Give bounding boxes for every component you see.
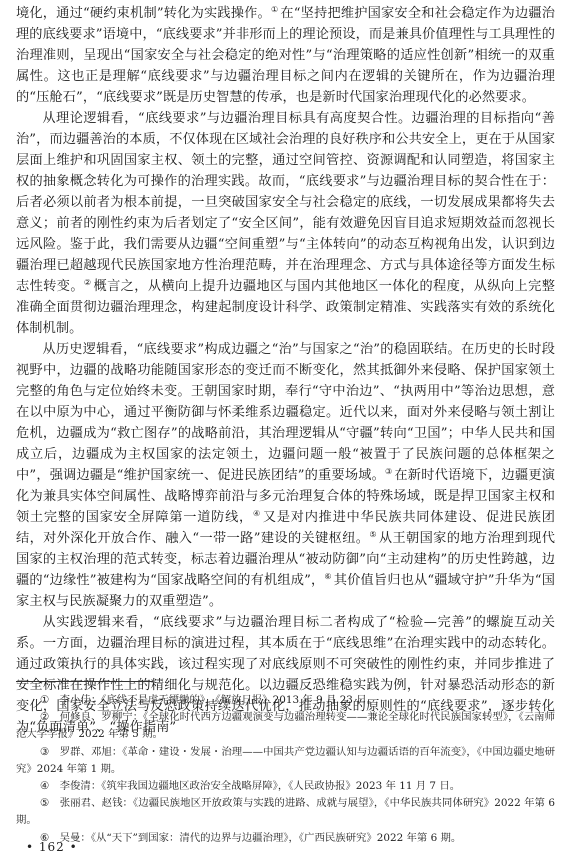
- paragraph-historical-logic: 从历史逻辑看，“底线要求”构成边疆之“治”与国家之“治”的稳固联结。在历史的长时…: [16, 339, 555, 612]
- footnote-3: ③罗群、邓旭：《革命・建设・发展・治理——中国共产党边疆认知与边疆话语的百年流变…: [16, 744, 555, 778]
- footnote-text: 何修良、罗柳宁：《全球化时代西方边疆观演变与边疆治理转变——兼论全球化时代民族国…: [16, 711, 555, 740]
- paragraph-text: 从历史逻辑看，“底线要求”构成边疆之“治”与国家之“治”的稳固联结。在历史的长时…: [16, 342, 555, 483]
- footnote-reference[interactable]: ⑤: [369, 530, 377, 539]
- footnote-mark: ②: [40, 709, 60, 726]
- footnote-mark: ⑤: [40, 795, 60, 812]
- footnote-divider: [16, 681, 153, 682]
- footnote-mark: ①: [40, 692, 60, 709]
- paragraph-text: 概言之，从横向上提升边疆地区与国内其他地区一体化的程度，从纵向上完整准确全面贯彻…: [16, 279, 555, 336]
- footnote-mark: ③: [40, 744, 60, 761]
- paragraph-continuation: 境化，通过“硬约束机制”转化为实践操作。①在“坚持把维护国家安全和社会稳定作为边…: [16, 3, 555, 108]
- footnote-reference[interactable]: ③: [385, 467, 392, 476]
- footnote-6: ⑥吴曼：《从“天下”到国家：清代的边界与边疆治理》，《广西民族研究》2022 年…: [16, 830, 555, 847]
- paragraph-text: 境化，通过“硬约束机制”转化为实践操作。: [16, 6, 271, 21]
- page-number: • 162 •: [26, 840, 78, 854]
- footnote-text: 吴曼：《从“天下”到国家：清代的边界与边疆治理》，《广西民族研究》2022 年第…: [60, 832, 462, 844]
- footnote-mark: ④: [40, 778, 60, 795]
- footnote-5: ⑤张丽君、赵钱：《边疆民族地区开放政策与实践的进路、成就与展望》，《中华民族共同…: [16, 795, 555, 829]
- footnote-text: 李小佳：《底线不是虚无缥缈的》，《解放日报》2013 年 9 月 23 日。: [60, 694, 377, 706]
- footnote-1: ①李小佳：《底线不是虚无缥缈的》，《解放日报》2013 年 9 月 23 日。: [16, 692, 555, 709]
- footnote-text: 罗群、邓旭：《革命・建设・发展・治理——中国共产党边疆认知与边疆话语的百年流变》…: [16, 746, 555, 775]
- footnote-text: 李俊清：《筑牢我国边疆地区政治安全战略屏障》，《人民政协报》2023 年 11 …: [60, 780, 460, 792]
- paragraph-theoretical-logic: 从理论逻辑看，“底线要求”与边疆治理目标具有高度契合性。边疆治理的目标指向“善治…: [16, 108, 555, 339]
- footnote-reference[interactable]: ②: [84, 278, 92, 287]
- footnotes: ①李小佳：《底线不是虚无缥缈的》，《解放日报》2013 年 9 月 23 日。 …: [16, 692, 555, 847]
- paragraph-text: 从理论逻辑看，“底线要求”与边疆治理目标具有高度契合性。边疆治理的目标指向“善治…: [16, 111, 555, 294]
- footnote-text: 张丽君、赵钱：《边疆民族地区开放政策与实践的进路、成就与展望》，《中华民族共同体…: [16, 797, 555, 826]
- footnote-reference[interactable]: ⑥: [324, 572, 331, 581]
- footnote-reference[interactable]: ①: [271, 5, 278, 14]
- footnote-4: ④李俊清：《筑牢我国边疆地区政治安全战略屏障》，《人民政协报》2023 年 11…: [16, 778, 555, 795]
- footnote-reference[interactable]: ④: [253, 509, 261, 518]
- article-body: 境化，通过“硬约束机制”转化为实践操作。①在“坚持把维护国家安全和社会稳定作为边…: [16, 3, 555, 738]
- footnote-2: ②何修良、罗柳宁：《全球化时代西方边疆观演变与边疆治理转变——兼论全球化时代民族…: [16, 709, 555, 743]
